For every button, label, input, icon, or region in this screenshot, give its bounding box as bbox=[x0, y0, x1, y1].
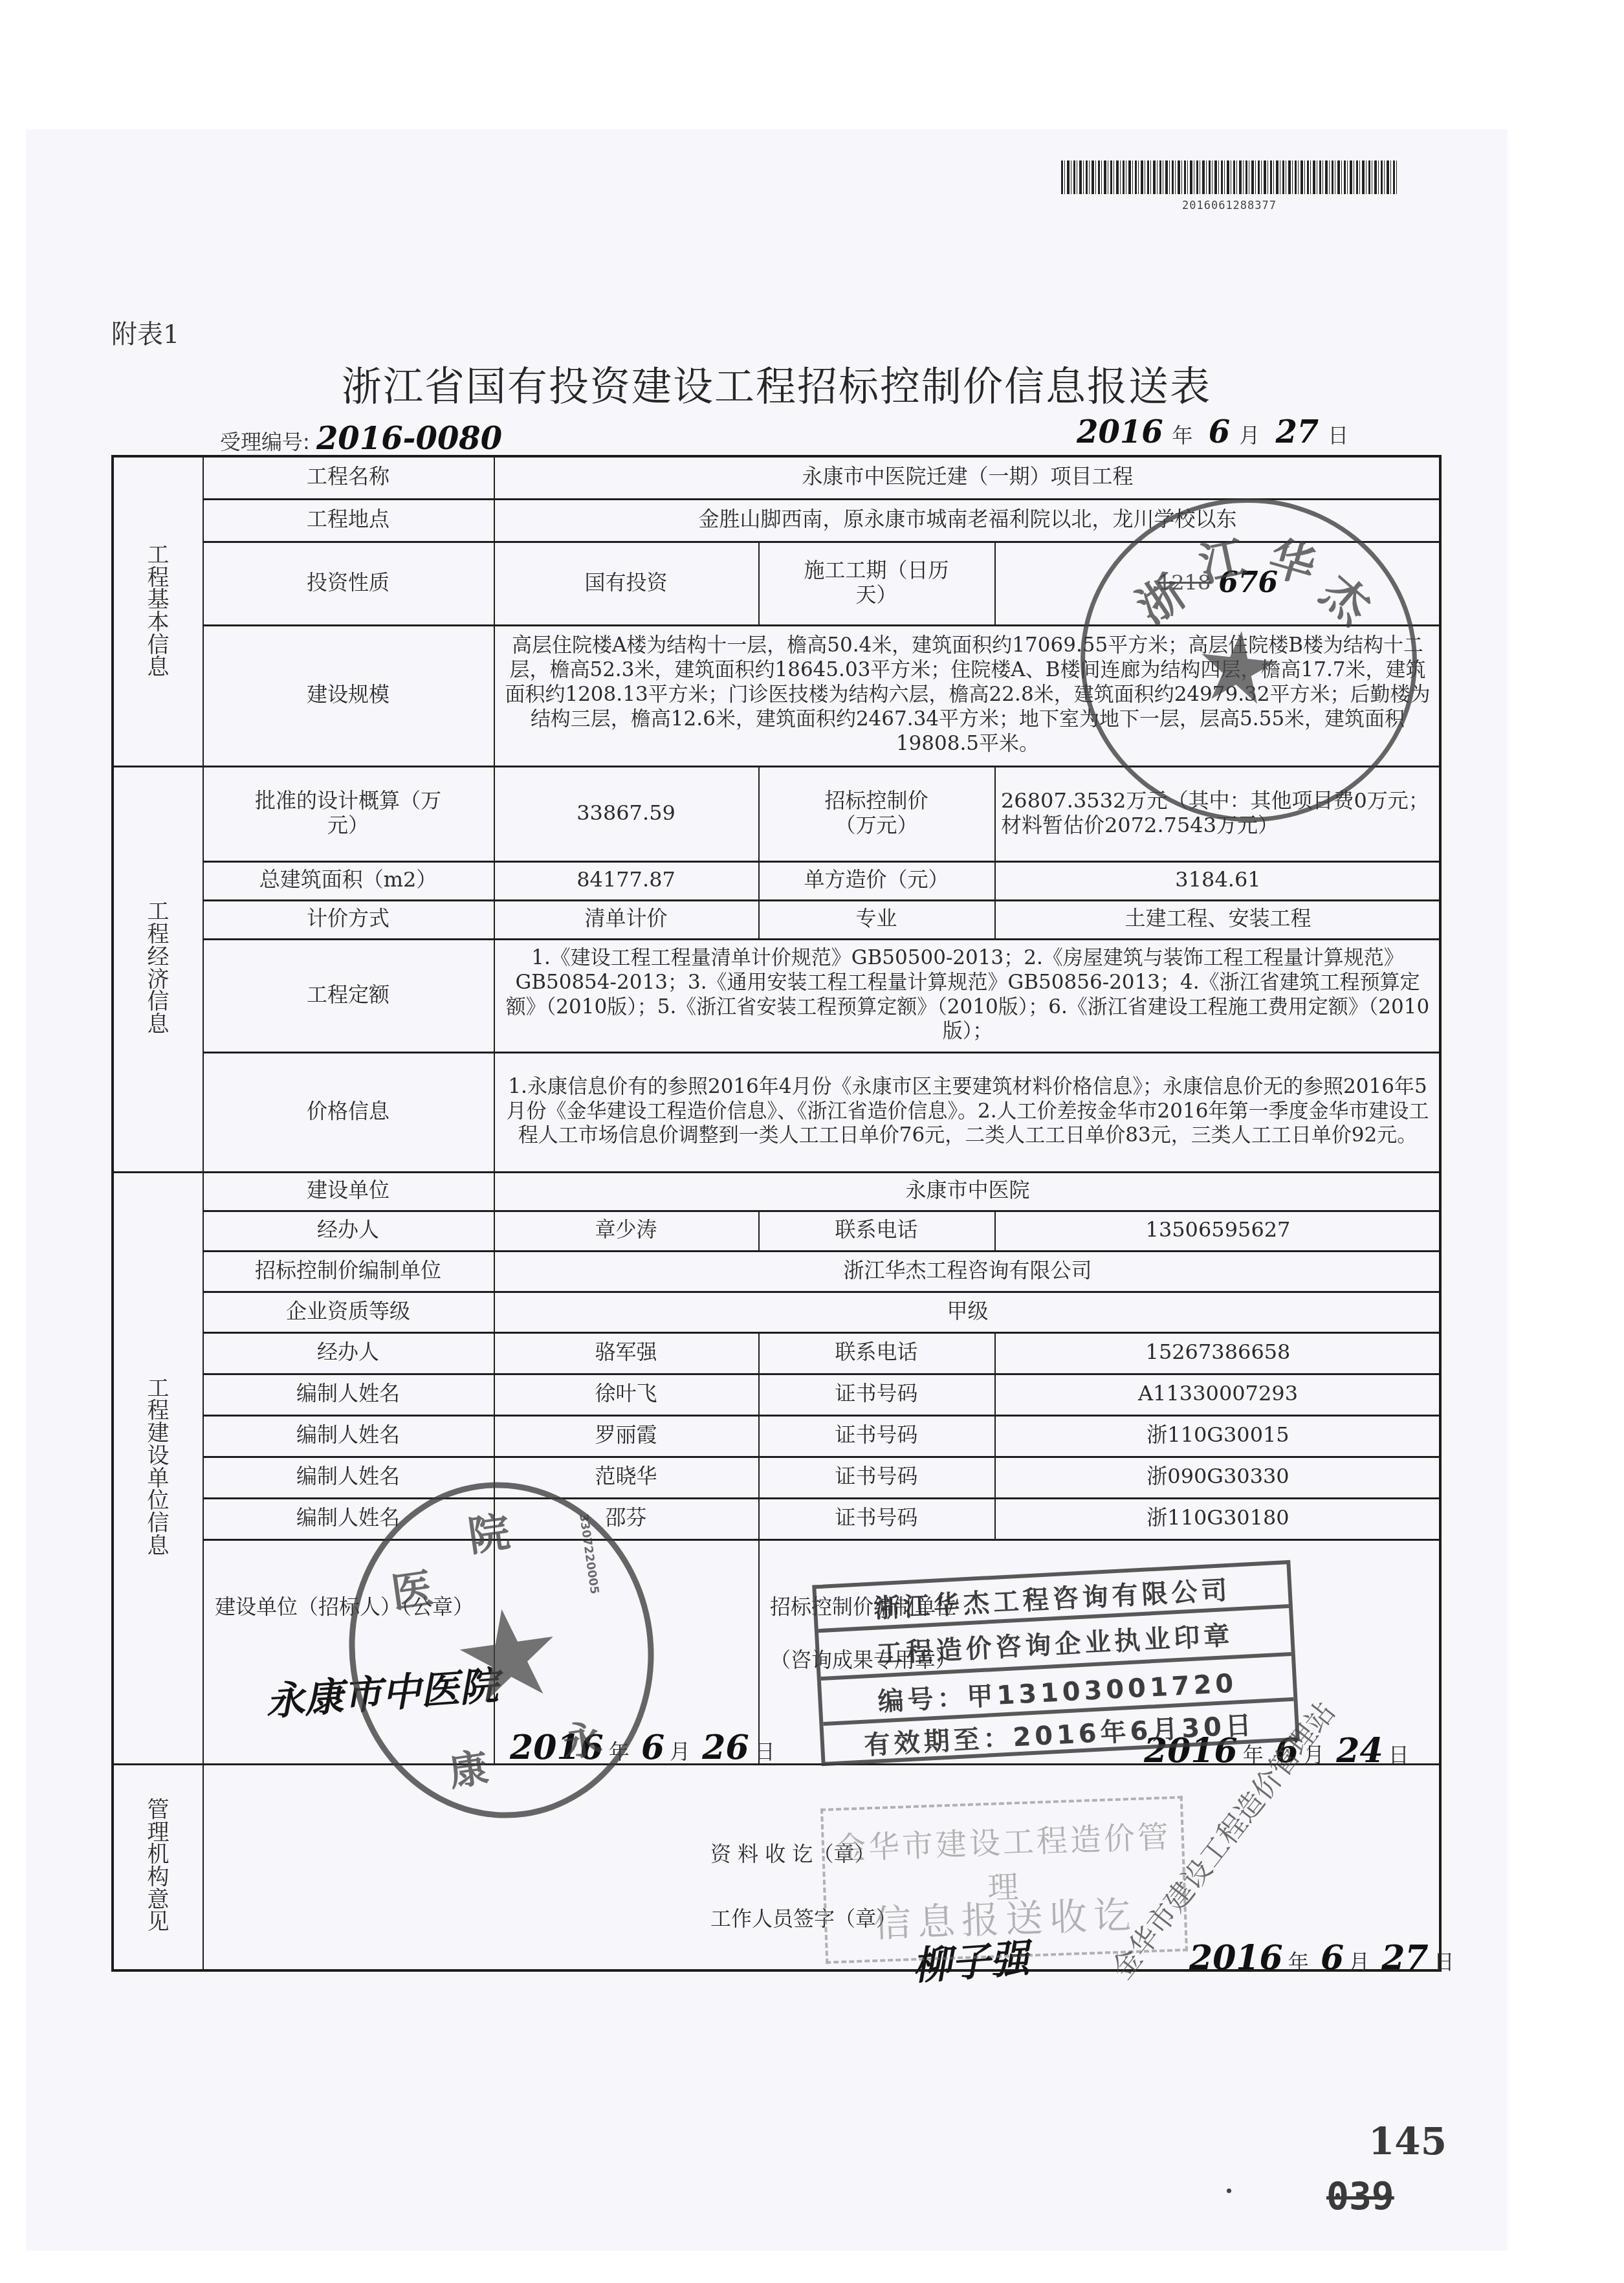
builder-phone-value: 13506595627 bbox=[994, 1210, 1442, 1250]
qualification-value: 甲级 bbox=[494, 1291, 1442, 1332]
compiler-2-name: 罗丽霞 bbox=[494, 1415, 758, 1456]
stamp-glyph: 康 bbox=[445, 1737, 491, 1798]
total-area-label: 总建筑面积（m2） bbox=[203, 861, 494, 899]
year-label: 年 bbox=[1288, 1950, 1309, 1974]
specialty-value: 土建工程、安装工程 bbox=[994, 899, 1442, 938]
investment-type-value: 国有投资 bbox=[494, 541, 758, 624]
compiler-contact-value: 骆军强 bbox=[494, 1332, 758, 1373]
price-info-value: 1.永康信息价有的参照2016年4月份《永康市区主要建筑材料价格信息》；永康信息… bbox=[494, 1052, 1442, 1171]
day-label: 日 bbox=[1434, 1950, 1454, 1974]
barcode-number: 2016061288377 bbox=[1061, 199, 1398, 212]
appendix-label: 附表1 bbox=[111, 314, 179, 351]
project-name-value: 永康市中医院迁建（一期）项目工程 bbox=[494, 455, 1442, 498]
builder-label: 建设单位 bbox=[203, 1171, 494, 1210]
management-day: 27 bbox=[1381, 1938, 1428, 1978]
document-title: 浙江省国有投资建设工程招标控制价信息报送表 bbox=[0, 355, 1553, 412]
management-month: 6 bbox=[1321, 1938, 1344, 1978]
compiler-1-cert: A11330007293 bbox=[994, 1373, 1442, 1415]
section-economic-info: 工程经济信息 bbox=[114, 766, 203, 1171]
compiler-2-cert: 浙110G30015 bbox=[994, 1415, 1442, 1456]
compiler-4-cert: 浙110G30180 bbox=[994, 1497, 1442, 1539]
stamp-glyph: 浙 bbox=[1122, 557, 1196, 637]
builder-phone-label: 联系电话 bbox=[758, 1210, 994, 1250]
compiler-2-label: 编制人姓名 bbox=[203, 1415, 494, 1456]
page-number-old: 039 bbox=[1326, 2174, 1394, 2218]
header-date: 2016年 6月 27日 bbox=[1068, 414, 1348, 450]
builder-seal-month: 6 bbox=[641, 1728, 664, 1767]
project-name-label: 工程名称 bbox=[203, 455, 494, 498]
section-basic-info: 工程基本信息 bbox=[114, 458, 203, 766]
scan-border-right bbox=[1508, 0, 1624, 2283]
scale-label: 建设规模 bbox=[203, 624, 494, 766]
compiler-unit-value: 浙江华杰工程咨询有限公司 bbox=[494, 1250, 1442, 1291]
stamp-glyph: 杰 bbox=[1309, 558, 1386, 637]
total-area-value: 84177.87 bbox=[494, 861, 758, 899]
header-date-day: 27 bbox=[1275, 414, 1319, 450]
month-label: 月 bbox=[670, 1739, 690, 1764]
scan-border-left bbox=[0, 0, 26, 2283]
compiler-3-cert-label: 证书号码 bbox=[758, 1456, 994, 1497]
stamp-glyph: 永 bbox=[558, 1708, 604, 1769]
acceptance-number-label: 受理编号: bbox=[220, 430, 310, 454]
section-unit-info: 工程建设单位信息 bbox=[114, 1171, 203, 1763]
builder-stamp-code: 3307220005 bbox=[576, 1513, 601, 1595]
control-price-label: 招标控制价（万元） bbox=[758, 766, 994, 861]
management-date: 2016年 6月 27日 bbox=[1184, 1938, 1454, 1978]
unit-cost-label: 单方造价（元） bbox=[758, 861, 994, 899]
stamp-glyph: 华 bbox=[1262, 522, 1324, 597]
compiler-unit-label: 招标控制价编制单位 bbox=[203, 1250, 494, 1291]
approved-budget-label: 批准的设计概算（万元） bbox=[203, 766, 494, 861]
barcode bbox=[1061, 160, 1398, 194]
compiler-1-cert-label: 证书号码 bbox=[758, 1373, 994, 1415]
unit-cost-value: 3184.61 bbox=[994, 861, 1442, 899]
scan-border-top bbox=[0, 0, 1624, 129]
stamp-glyph: 医 bbox=[387, 1555, 436, 1620]
location-label: 工程地点 bbox=[203, 498, 494, 541]
compiler-4-cert-label: 证书号码 bbox=[758, 1497, 994, 1539]
pricing-method-value: 清单计价 bbox=[494, 899, 758, 938]
compiler-phone-label: 联系电话 bbox=[758, 1332, 994, 1373]
stamp-glyph: 院 bbox=[464, 1499, 513, 1563]
pricing-method-label: 计价方式 bbox=[203, 899, 494, 938]
speck bbox=[1227, 2189, 1231, 2193]
star-icon: ★ bbox=[444, 1577, 573, 1734]
month-label: 月 bbox=[1239, 423, 1260, 448]
builder-seal-day: 26 bbox=[702, 1728, 749, 1767]
month-label: 月 bbox=[1349, 1950, 1370, 1974]
management-year: 2016 bbox=[1189, 1938, 1283, 1978]
compiler-contact-label: 经办人 bbox=[203, 1332, 494, 1373]
practice-seal-stamp: 浙江华杰工程咨询有限公司 工程造价咨询企业执业印章 编号：甲1310300172… bbox=[812, 1560, 1300, 1766]
acceptance-number: 受理编号: 2016-0080 bbox=[220, 421, 502, 457]
day-label: 日 bbox=[1328, 423, 1348, 448]
compiler-1-label: 编制人姓名 bbox=[203, 1373, 494, 1415]
builder-contact-value: 章少涛 bbox=[494, 1210, 758, 1250]
year-label: 年 bbox=[1172, 423, 1193, 448]
price-info-label: 价格信息 bbox=[203, 1052, 494, 1171]
day-label: 日 bbox=[754, 1739, 775, 1764]
stamp-glyph: 江 bbox=[1193, 522, 1251, 595]
compiler-seal-day: 24 bbox=[1336, 1731, 1383, 1770]
header-date-year: 2016 bbox=[1077, 414, 1163, 450]
compiler-2-cert-label: 证书号码 bbox=[758, 1415, 994, 1456]
duration-label: 施工工期（日历天） bbox=[758, 541, 994, 624]
compiler-3-cert: 浙090G30330 bbox=[994, 1456, 1442, 1497]
quota-value: 1.《建设工程工程量清单计价规范》GB50500-2013；2.《房屋建筑与装饰… bbox=[494, 938, 1442, 1052]
compiler-phone-value: 15267386658 bbox=[994, 1332, 1442, 1373]
day-label: 日 bbox=[1388, 1743, 1409, 1767]
investment-type-label: 投资性质 bbox=[203, 541, 494, 624]
header-date-month: 6 bbox=[1209, 414, 1230, 450]
builder-value: 永康市中医院 bbox=[494, 1171, 1442, 1210]
star-icon: ★ bbox=[1189, 608, 1287, 729]
section-management: 管理机构意见 bbox=[114, 1763, 203, 1969]
approved-budget-value: 33867.59 bbox=[494, 766, 758, 861]
scan-border-bottom bbox=[0, 2251, 1624, 2283]
quota-label: 工程定额 bbox=[203, 938, 494, 1052]
specialty-label: 专业 bbox=[758, 899, 994, 938]
compiler-1-name: 徐叶飞 bbox=[494, 1373, 758, 1415]
acceptance-number-value: 2016-0080 bbox=[316, 421, 502, 457]
builder-contact-label: 经办人 bbox=[203, 1210, 494, 1250]
qualification-label: 企业资质等级 bbox=[203, 1291, 494, 1332]
page-number: 145 bbox=[1368, 2119, 1447, 2163]
